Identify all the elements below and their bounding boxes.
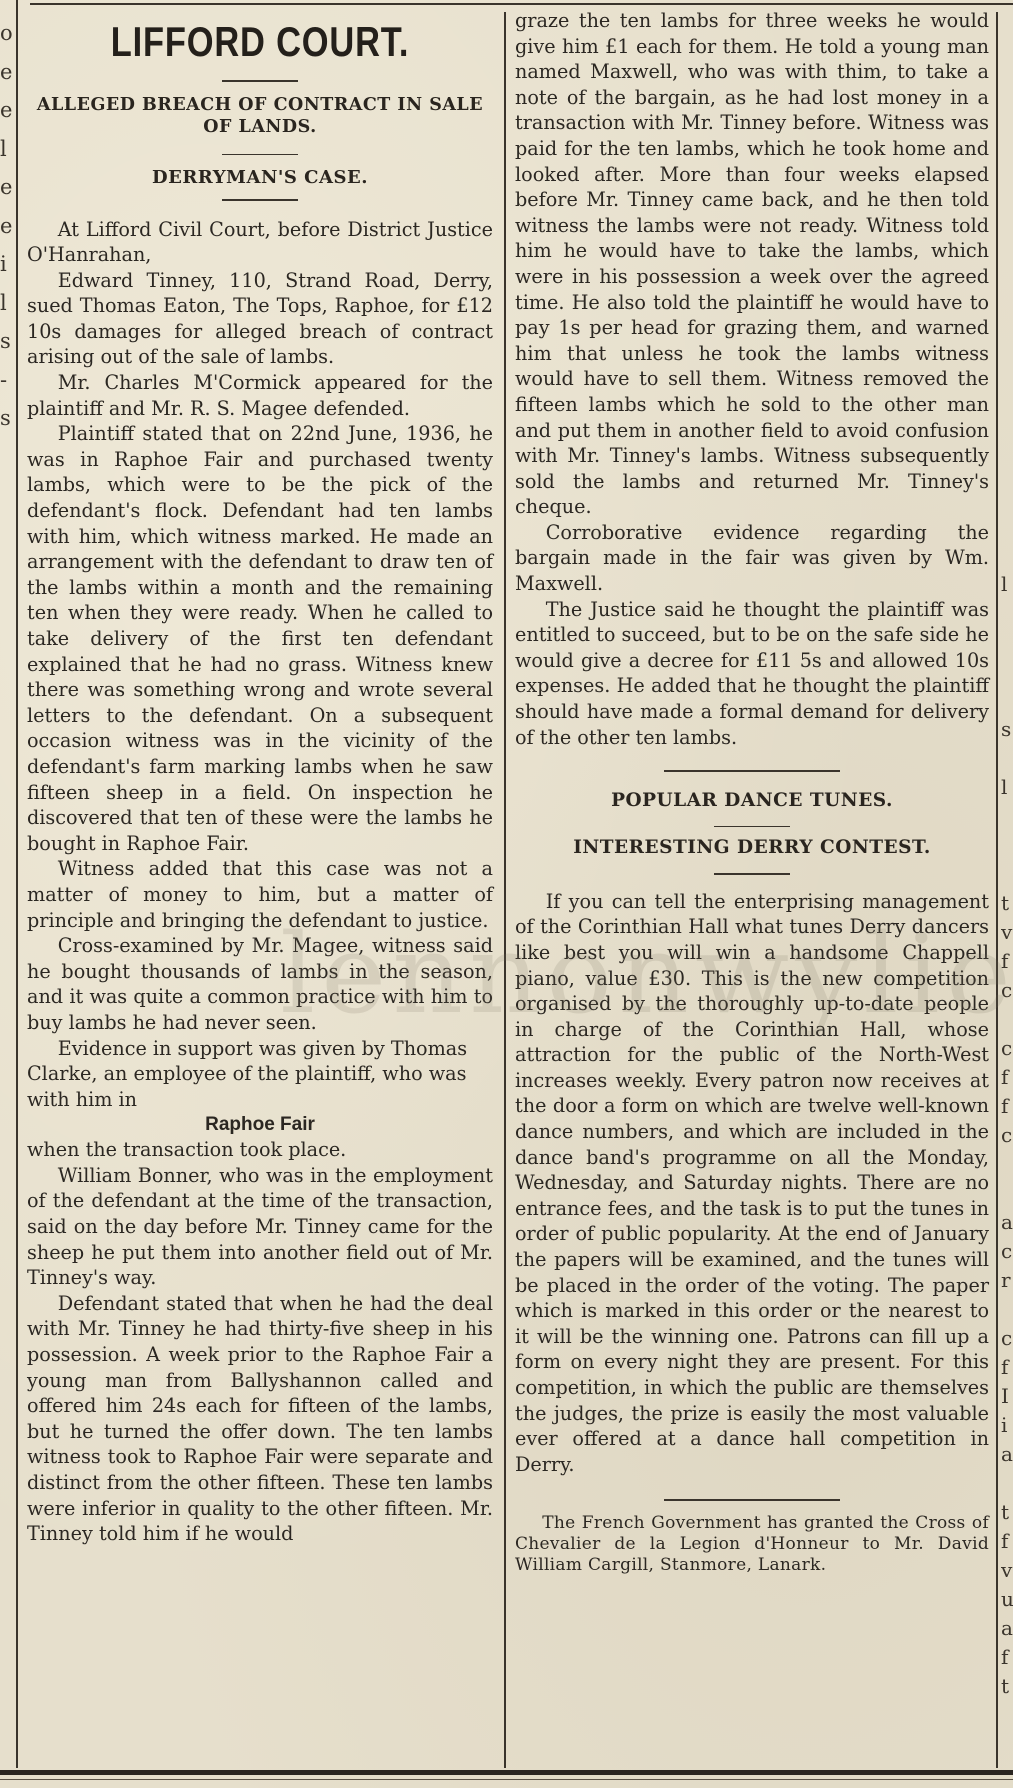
paragraph: Defendant stated that when he had the de… <box>27 1291 493 1547</box>
paragraph: Witness added that this case was not a m… <box>27 856 493 933</box>
article-title: LIFFORD COURT. <box>69 18 451 66</box>
note-divider <box>664 1499 840 1501</box>
subtitle-divider <box>222 154 298 156</box>
left-edge-column-fragment: o e e l e e i l s - s <box>0 14 12 438</box>
paragraph: graze the ten lambs for three weeks he w… <box>515 8 989 520</box>
paragraph: when the transaction took place. <box>27 1137 493 1163</box>
article-continuation: graze the ten lambs for three weeks he w… <box>515 8 989 750</box>
note-text: The French Government has granted the Cr… <box>515 1513 989 1576</box>
article-body: At Lifford Civil Court, before District … <box>27 217 493 1547</box>
column-1: LIFFORD COURT. ALLEGED BREACH OF CONTRAC… <box>27 0 493 1547</box>
paragraph: If you can tell the enterprising managem… <box>515 889 989 1478</box>
paragraph: Corroborative evidence regarding the bar… <box>515 520 989 597</box>
paragraph: The Justice said he thought the plaintif… <box>515 597 989 751</box>
newspaper-page: o e e l e e i l s - s l s l t v f c c f … <box>0 0 1013 1788</box>
news-note: The French Government has granted the Cr… <box>515 1513 989 1576</box>
column-rule-left <box>16 0 18 1768</box>
paragraph: At Lifford Civil Court, before District … <box>27 217 493 268</box>
section-heading: DERRYMAN'S CASE. <box>27 167 493 189</box>
paragraph: Evidence in support was given by Thomas … <box>27 1036 493 1113</box>
column-rule-middle <box>504 12 506 1768</box>
inline-heading: Raphoe Fair <box>27 1112 493 1137</box>
article2-subtitle-divider <box>714 873 790 875</box>
article2-body: If you can tell the enterprising managem… <box>515 889 989 1478</box>
paragraph: Mr. Charles M'Cormick appeared for the p… <box>27 370 493 421</box>
article2-title-divider <box>714 826 790 828</box>
bottom-rule <box>0 1770 1013 1775</box>
section-divider <box>222 199 298 201</box>
paragraph: William Bonner, who was in the employmen… <box>27 1163 493 1291</box>
right-edge-column-fragment: l s l t v f c c f f c a c r c f I i a t … <box>1001 280 1013 1701</box>
paragraph: Edward Tinney, 110, Strand Road, Derry, … <box>27 268 493 370</box>
paragraph: Cross-examined by Mr. Magee, witness sai… <box>27 933 493 1035</box>
article-subtitle: ALLEGED BREACH OF CONTRACT IN SALE OF LA… <box>27 94 493 138</box>
article-divider <box>664 770 840 772</box>
bottom-rule-thin <box>0 1779 1013 1780</box>
article2-title: POPULAR DANCE TUNES. <box>515 790 989 812</box>
article2-subtitle: INTERESTING DERRY CONTEST. <box>515 837 989 859</box>
title-divider <box>222 80 298 82</box>
paragraph: Plaintiff stated that on 22nd June, 1936… <box>27 421 493 856</box>
column-rule-right <box>996 12 998 1768</box>
column-2: graze the ten lambs for three weeks he w… <box>515 8 989 1576</box>
